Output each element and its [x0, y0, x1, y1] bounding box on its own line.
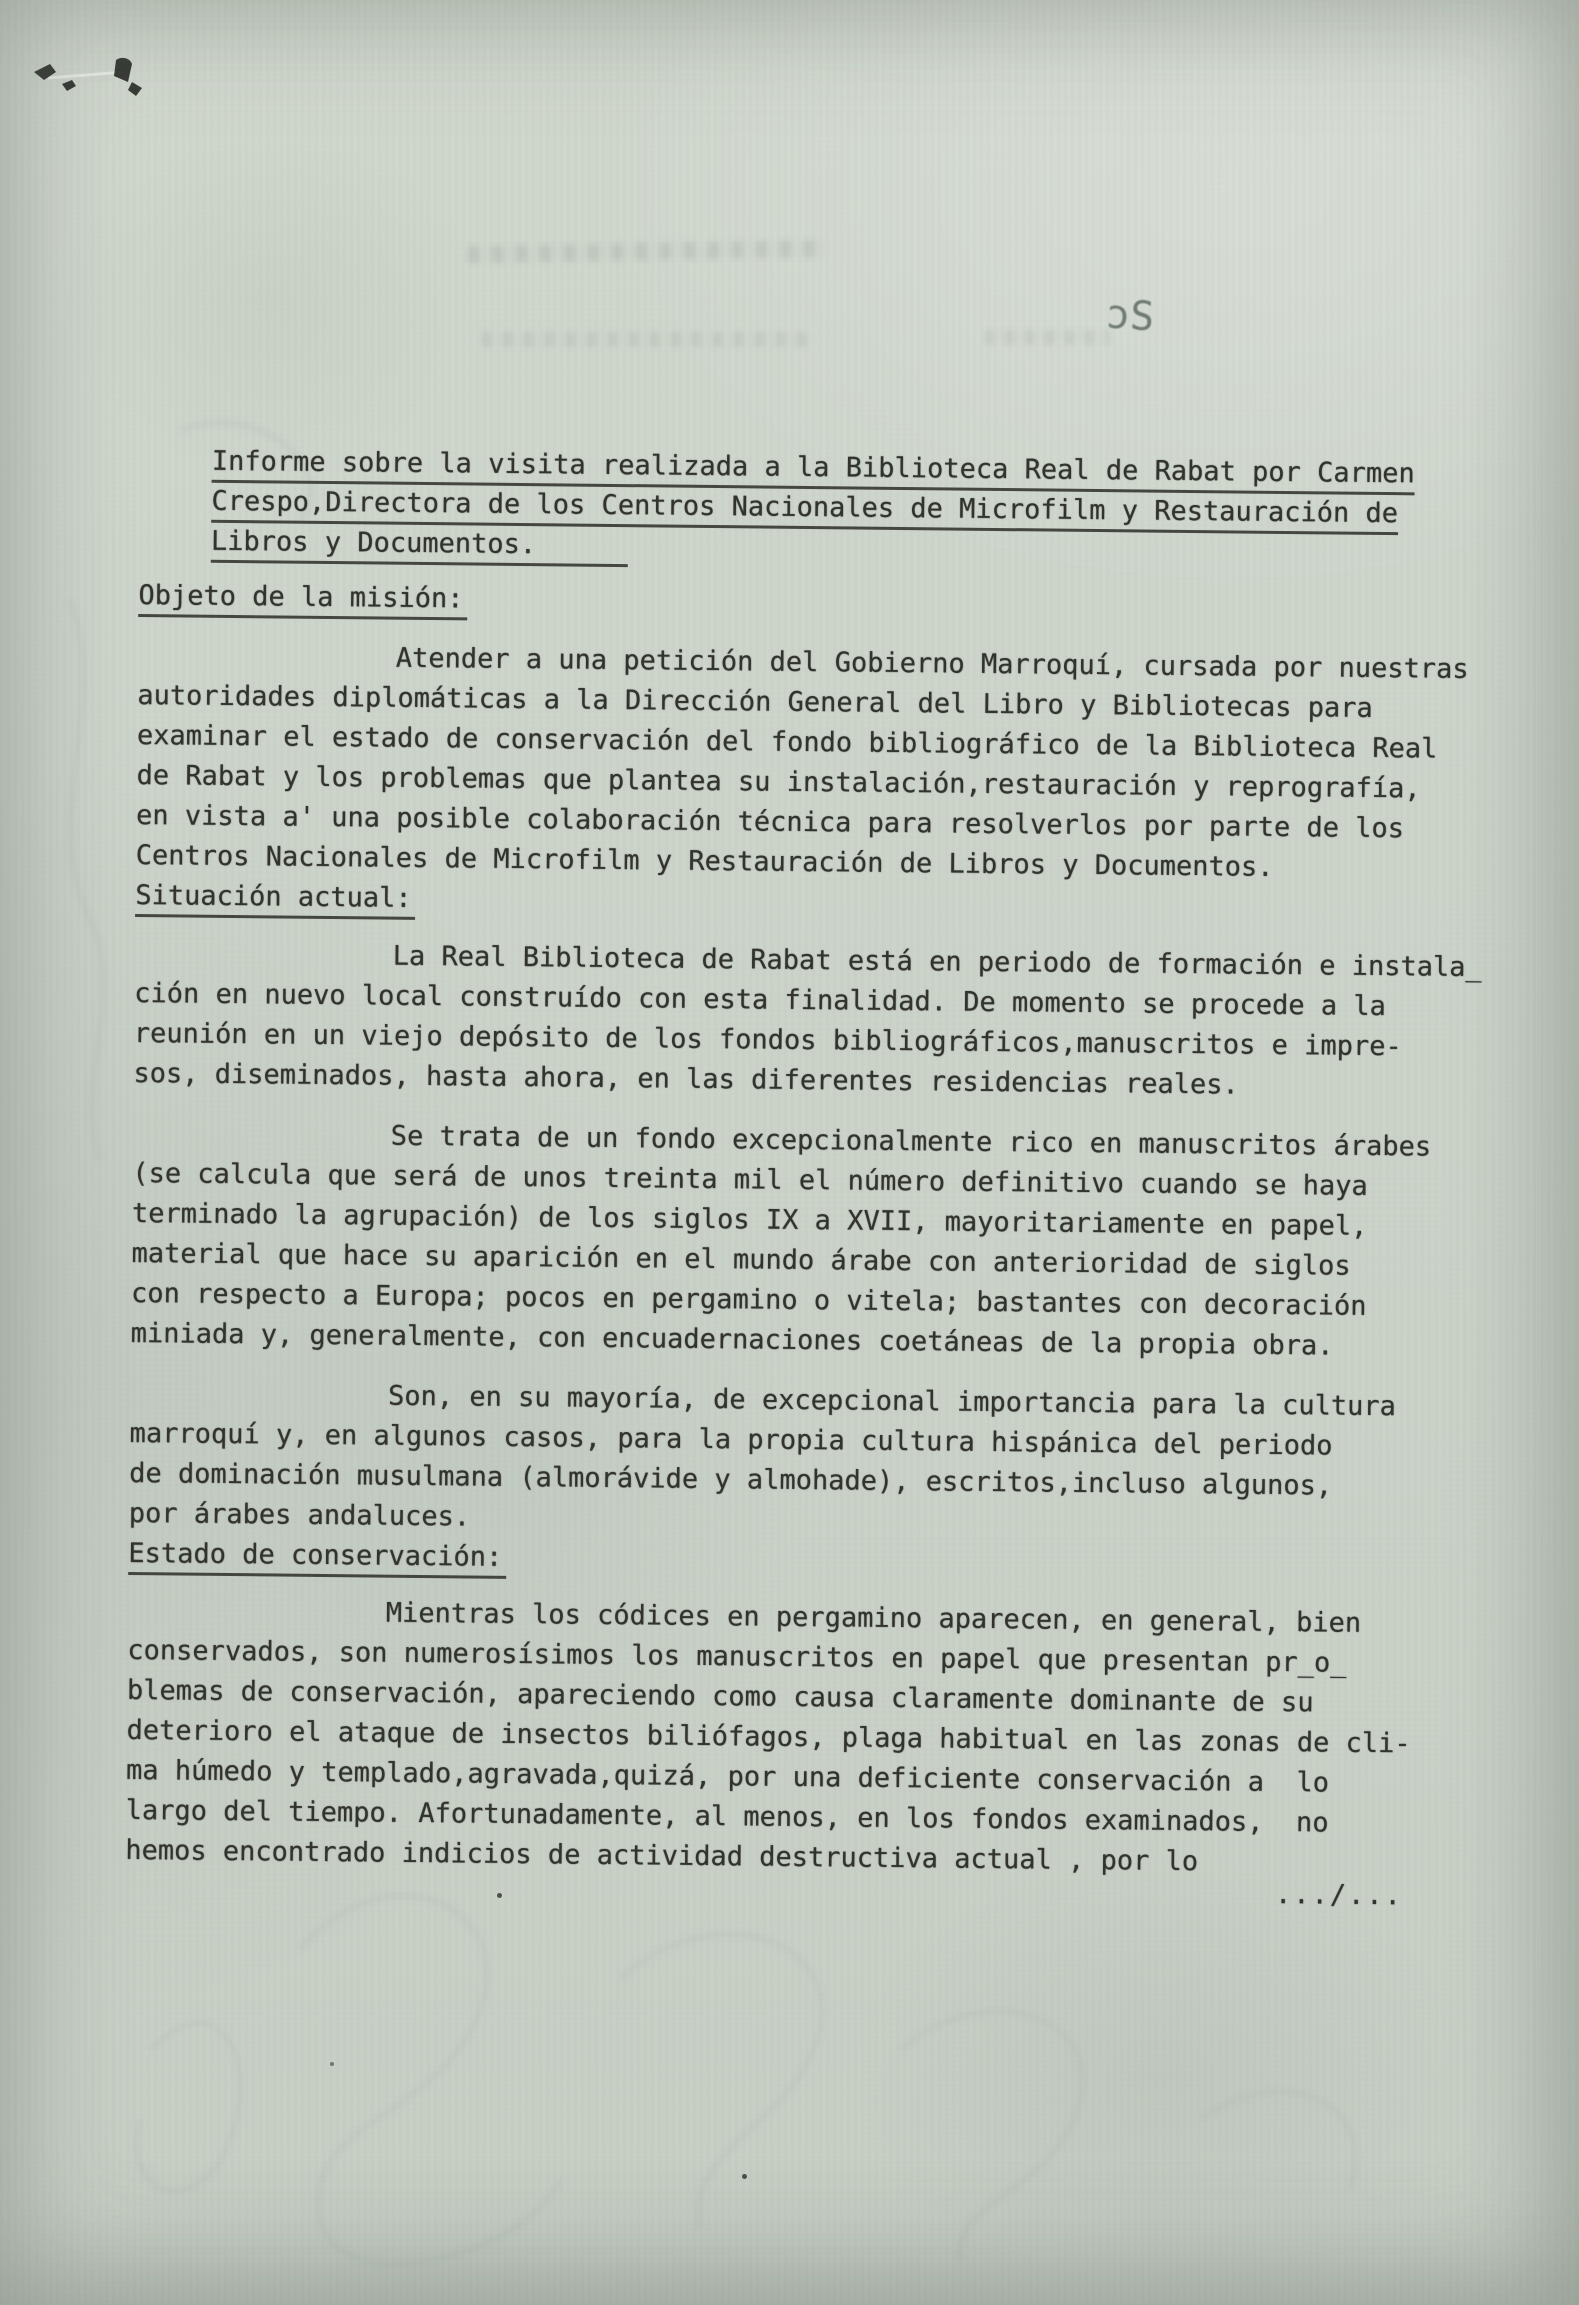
document-content: Informe sobre la visita realizada a la B… — [125, 445, 1480, 1917]
paragraph-estado-1: Mientras los códices en pergamino aparec… — [125, 1591, 1468, 1885]
text-line: Libros y Documentos. — [211, 526, 628, 567]
section-heading-text: Objeto de la misión: — [138, 580, 467, 620]
section-heading-objeto: Objeto de la misión: — [138, 576, 1478, 630]
ghost-page-number: ɔS — [1105, 294, 1156, 337]
ink-marks — [28, 50, 168, 105]
paper-speck — [742, 2174, 747, 2179]
ghost-text-smudge — [468, 240, 828, 263]
paragraph-situacion-1: La Real Biblioteca de Rabat está en peri… — [133, 934, 1475, 1108]
ghost-text-smudge — [985, 330, 1110, 345]
paragraph-objeto-1: Atender a una petición del Gobierno Marr… — [135, 636, 1477, 890]
paper-stain — [850, 1850, 1470, 2305]
document-title: Informe sobre la visita realizada a la B… — [211, 446, 1480, 576]
paragraph-situacion-2: Se trata de un fondo excepcionalmente ri… — [130, 1114, 1472, 1368]
section-heading-text: Situación actual: — [135, 880, 416, 920]
scanned-document-page: ɔS Informe sobre la visita realizada a l… — [0, 0, 1579, 2305]
paper-stain — [60, 120, 480, 480]
section-heading-text: Estado de conservación: — [128, 1538, 506, 1579]
paragraph-situacion-3: Son, en su mayoría, de excepcional impor… — [129, 1374, 1471, 1548]
ghost-text-smudge — [482, 332, 812, 347]
paper-speck — [330, 2062, 334, 2066]
